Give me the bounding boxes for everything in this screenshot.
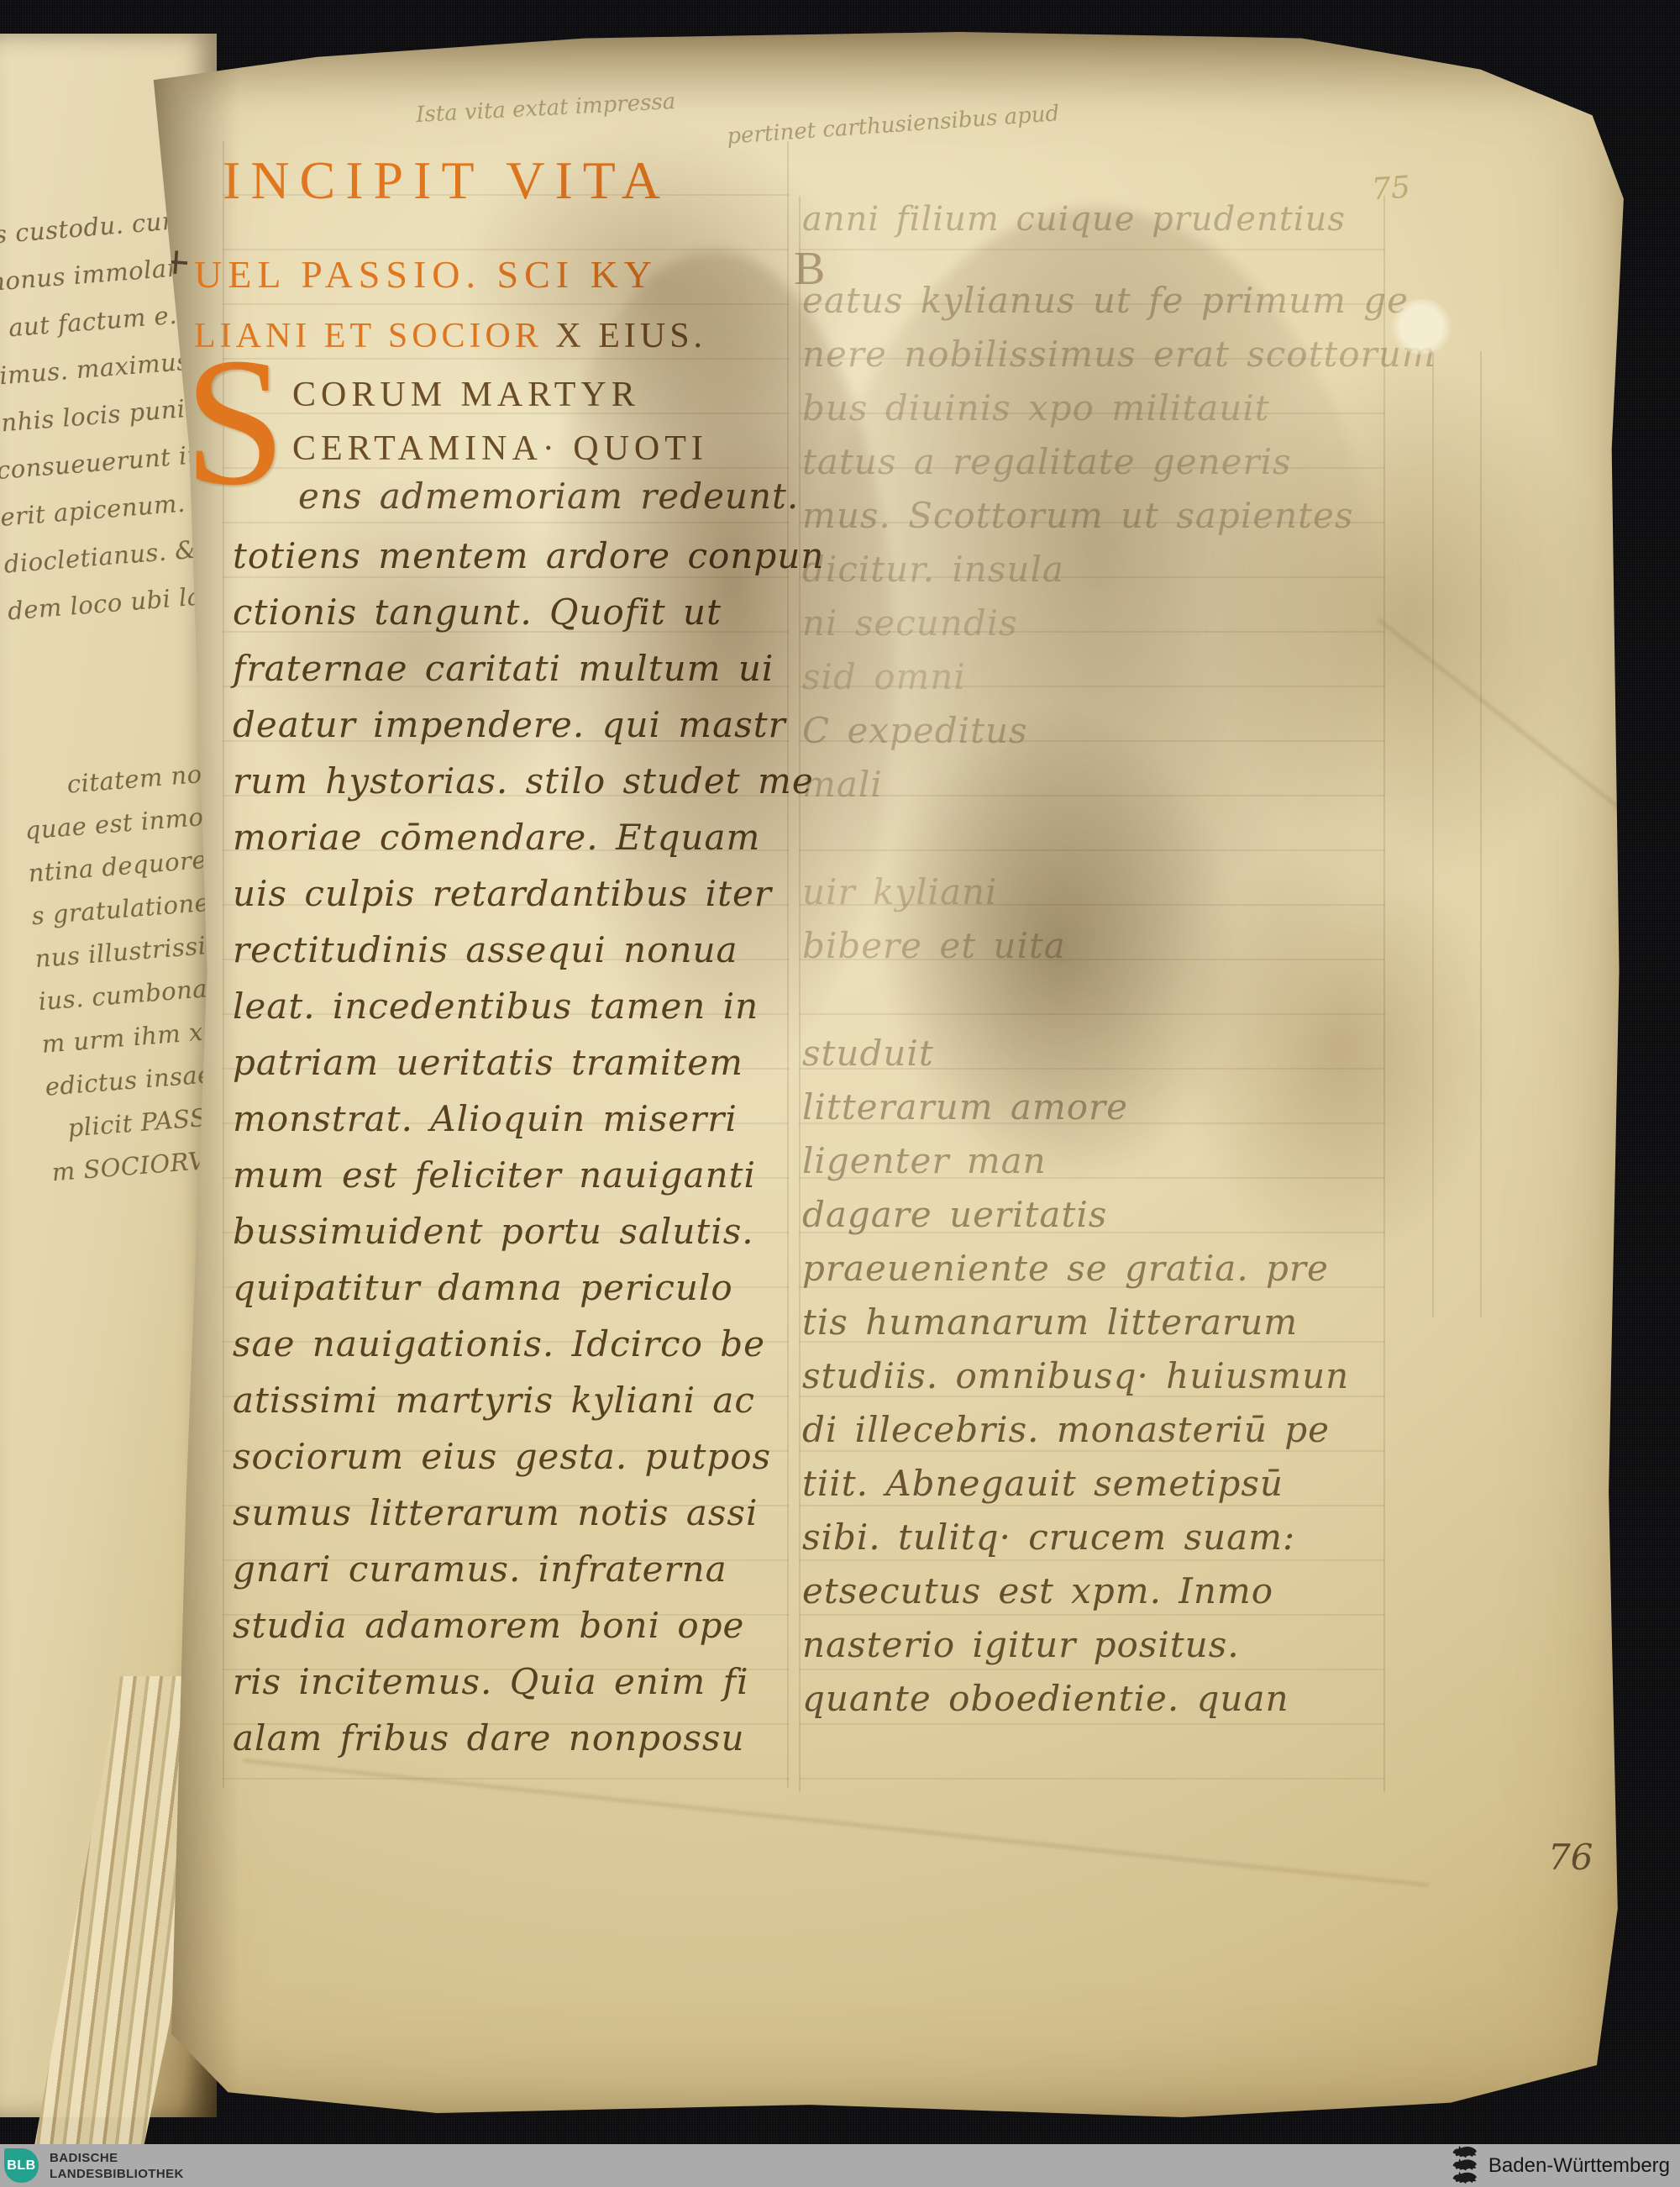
faded-line: studuit — [802, 1027, 1390, 1080]
faded-line: quante oboedientie. quan — [802, 1672, 1390, 1726]
folio-number-top: 75 — [1371, 170, 1412, 207]
text-column-left: totiens mentem ardore conpunctionis tang… — [233, 528, 824, 1766]
library-footer-bar: BLB BADISCHE LANDESBIBLIOTHEK Baden-Würt… — [0, 2144, 1680, 2187]
faded-line: tatus a regalitate generis — [802, 435, 1390, 489]
manuscript-line: ens admemoriam redeunt. — [298, 476, 799, 517]
capital-line: CERTAMINA· QUOTI — [292, 422, 708, 476]
state-branding: Baden-Württemberg — [1450, 2142, 1670, 2187]
manuscript-line: fraternae caritati multum ui — [233, 640, 824, 697]
faded-line — [802, 973, 1390, 1027]
faded-line: ligenter man — [802, 1134, 1390, 1188]
rubric-title-line: UEL PASSIO. SCI KY — [194, 252, 658, 297]
decorated-initial: S — [184, 344, 286, 500]
faded-line: di illecebris. monasteriū pe — [802, 1403, 1390, 1457]
manuscript-line: rectitudinis assequi nonua — [233, 922, 824, 978]
library-branding: BLB BADISCHE LANDESBIBLIOTHEK — [4, 2148, 184, 2183]
faded-line: bibere et uita — [802, 919, 1390, 973]
faded-line: tiit. Abnegauit semetipsū — [802, 1457, 1390, 1511]
manuscript-line: quipatitur damna periculo — [233, 1259, 824, 1316]
faded-line: bus diuinis xpo militauit — [802, 381, 1390, 435]
facing-page-text: us custodu. cumnoller pomonus immolare e… — [0, 34, 215, 55]
faded-line: nere nobilissimus erat scottorum — [802, 328, 1390, 381]
library-name-line2: LANDESBIBLIOTHEK — [50, 2166, 184, 2182]
blb-logo: BLB — [4, 2148, 39, 2183]
rubric-brown-part: X EIUS. — [555, 317, 706, 355]
faded-line: nasterio igitur positus. — [802, 1618, 1390, 1672]
manuscript-line: atissimi martyris kyliani ac — [233, 1372, 824, 1428]
faded-line: etsecutus est xpm. Inmo — [802, 1564, 1390, 1618]
manuscript-page: Ista vita extat impressa pertinet carthu… — [139, 32, 1630, 2117]
manuscript-line: mum est feliciter nauiganti — [233, 1147, 824, 1203]
manuscript-line: moriae cōmendare. Etquam — [233, 809, 824, 865]
faded-header-line: anni filium cuique prudentius — [802, 200, 1346, 239]
manuscript-line: rum hystorias. stilo studet me — [233, 753, 824, 809]
manuscript-line: deatur impendere. qui mastr — [233, 697, 824, 753]
manuscript-line: bussimuident portu salutis. — [233, 1203, 824, 1259]
manuscript-line: sumus litterarum notis assi — [233, 1485, 824, 1541]
faded-line: sibi. tulitq· crucem suam: — [802, 1511, 1390, 1564]
manuscript-line: uis culpis retardantibus iter — [233, 865, 824, 922]
faded-line: mali — [802, 758, 1390, 812]
text-column-right: eatus kylianus ut fe primum genere nobil… — [802, 274, 1390, 1726]
display-capitals: CORUM MARTYRCERTAMINA· QUOTI — [292, 368, 708, 476]
marginal-annotation: Ista vita extat impressa — [415, 89, 676, 128]
faded-line: sid omni — [802, 650, 1390, 704]
manuscript-photo: us custodu. cumnoller pomonus immolare e… — [0, 0, 1680, 2187]
rubric-title-line: INCIPIT VITA — [223, 150, 670, 212]
manuscript-line: sociorum eius gesta. putpos — [233, 1428, 824, 1485]
capital-line: CORUM MARTYR — [292, 368, 708, 422]
manuscript-line: leat. incedentibus tamen in — [233, 978, 824, 1034]
state-name: Baden-Württemberg — [1488, 2154, 1670, 2178]
ruling-line — [1480, 351, 1482, 1317]
manuscript-line: alam fribus dare nonpossu — [233, 1710, 824, 1766]
faded-line — [802, 812, 1390, 865]
faded-line: mus. Scottorum ut sapientes — [802, 489, 1390, 543]
manuscript-line: sae nauigationis. Idcirco be — [233, 1316, 824, 1372]
marginal-annotation: pertinet carthusiensibus apud — [726, 101, 1060, 150]
faded-line: tis humanarum litterarum — [802, 1296, 1390, 1349]
faded-line: praeueniente se gratia. pre — [802, 1242, 1390, 1296]
manuscript-line: studia adamorem boni ope — [233, 1597, 824, 1653]
facing-page-lower-lines: citatem nominequae est inmomano contina … — [20, 748, 217, 1194]
faded-line: eatus kylianus ut fe primum ge — [802, 274, 1390, 328]
faded-line: dicitur. insula — [802, 543, 1390, 597]
faded-line: dagare ueritatis — [802, 1188, 1390, 1242]
manuscript-line: patriam ueritatis tramitem — [233, 1034, 824, 1091]
manuscript-line: monstrat. Alioquin miserri — [233, 1091, 824, 1147]
library-name: BADISCHE LANDESBIBLIOTHEK — [50, 2150, 184, 2182]
faded-line: uir kyliani — [802, 865, 1390, 919]
manuscript-line: ctionis tangunt. Quofit ut — [233, 584, 824, 640]
faded-line: studiis. omnibusq· huiusmun — [802, 1349, 1390, 1403]
faded-line: litterarum amore — [802, 1080, 1390, 1134]
manuscript-line: ris incitemus. Quia enim fi — [233, 1653, 824, 1710]
parchment-crease — [1378, 618, 1664, 843]
folio-number-bottom: 76 — [1548, 1837, 1593, 1878]
ruling-line — [1432, 351, 1434, 1317]
state-coat-of-arms-icon — [1450, 2142, 1480, 2187]
manuscript-line: totiens mentem ardore conpun — [233, 528, 824, 584]
faded-line: C expeditus — [802, 704, 1390, 758]
parchment-spot — [1390, 299, 1452, 355]
library-name-line1: BADISCHE — [50, 2150, 184, 2166]
parchment-crease — [243, 1759, 1430, 1886]
faded-line: ni secundis — [802, 597, 1390, 650]
stain — [189, 15, 1550, 108]
blb-logo-text: BLB — [7, 2158, 35, 2174]
manuscript-line: gnari curamus. infraterna — [233, 1541, 824, 1597]
